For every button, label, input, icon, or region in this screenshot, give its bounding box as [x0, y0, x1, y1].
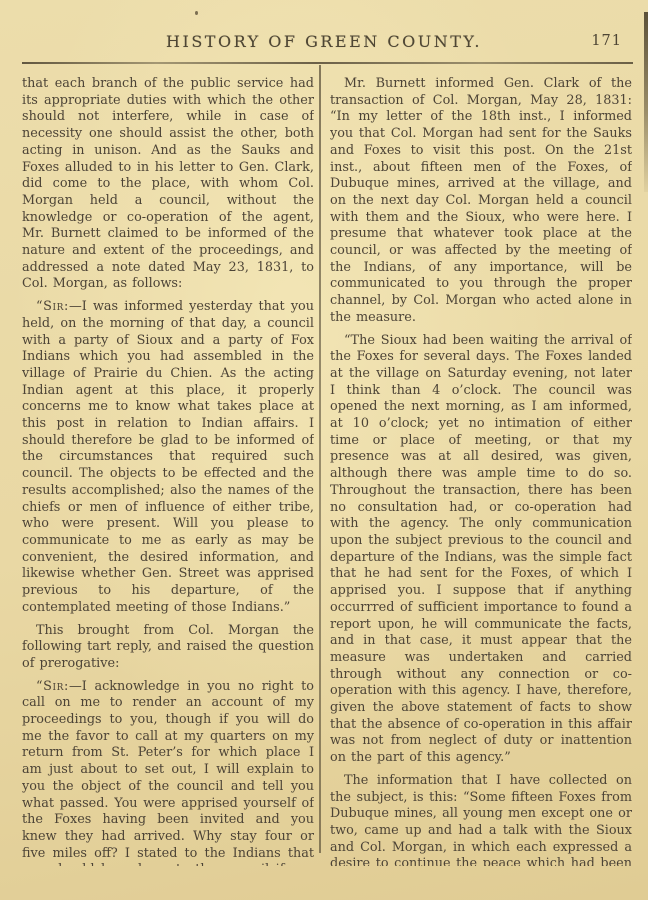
right-column: Mr. Burnett informed Gen. Clark of the t… [330, 76, 632, 866]
paragraph: “Sir:—I was informed yesterday that you … [22, 299, 314, 616]
paragraph: Mr. Burnett informed Gen. Clark of the t… [330, 76, 632, 327]
paragraph: The information that I have collected on… [330, 773, 632, 866]
left-column: that each branch of the public service h… [22, 76, 314, 866]
paragraph-text: Mr. Burnett informed Gen. Clark of the t… [330, 76, 632, 325]
paragraph-text: “The Sioux had been waiting the arrival … [330, 333, 632, 766]
paragraph: “Sir:—I acknowledge in you no right to c… [22, 679, 314, 866]
header-rule [22, 62, 633, 64]
book-page: HISTORY OF GREEN COUNTY. 171 that each b… [0, 0, 648, 900]
salutation: “Sir: [36, 679, 69, 694]
ink-speck [195, 11, 198, 15]
paragraph-text: —I was informed yesterday that you held,… [22, 299, 314, 615]
page-header-title: HISTORY OF GREEN COUNTY. [0, 32, 648, 51]
paragraph-text: The information that I have collected on… [330, 773, 632, 866]
column-divider [319, 65, 321, 853]
paragraph: that each branch of the public service h… [22, 76, 314, 293]
paragraph-text: This brought from Col. Morgan the follow… [22, 623, 314, 671]
paragraph: This brought from Col. Morgan the follow… [22, 623, 314, 673]
paragraph-text: that each branch of the public service h… [22, 76, 314, 291]
paragraph-text: —I acknowledge in you no right to call o… [22, 679, 314, 866]
salutation: “Sir: [36, 299, 69, 314]
paragraph: “The Sioux had been waiting the arrival … [330, 333, 632, 767]
page-number: 171 [591, 33, 622, 49]
